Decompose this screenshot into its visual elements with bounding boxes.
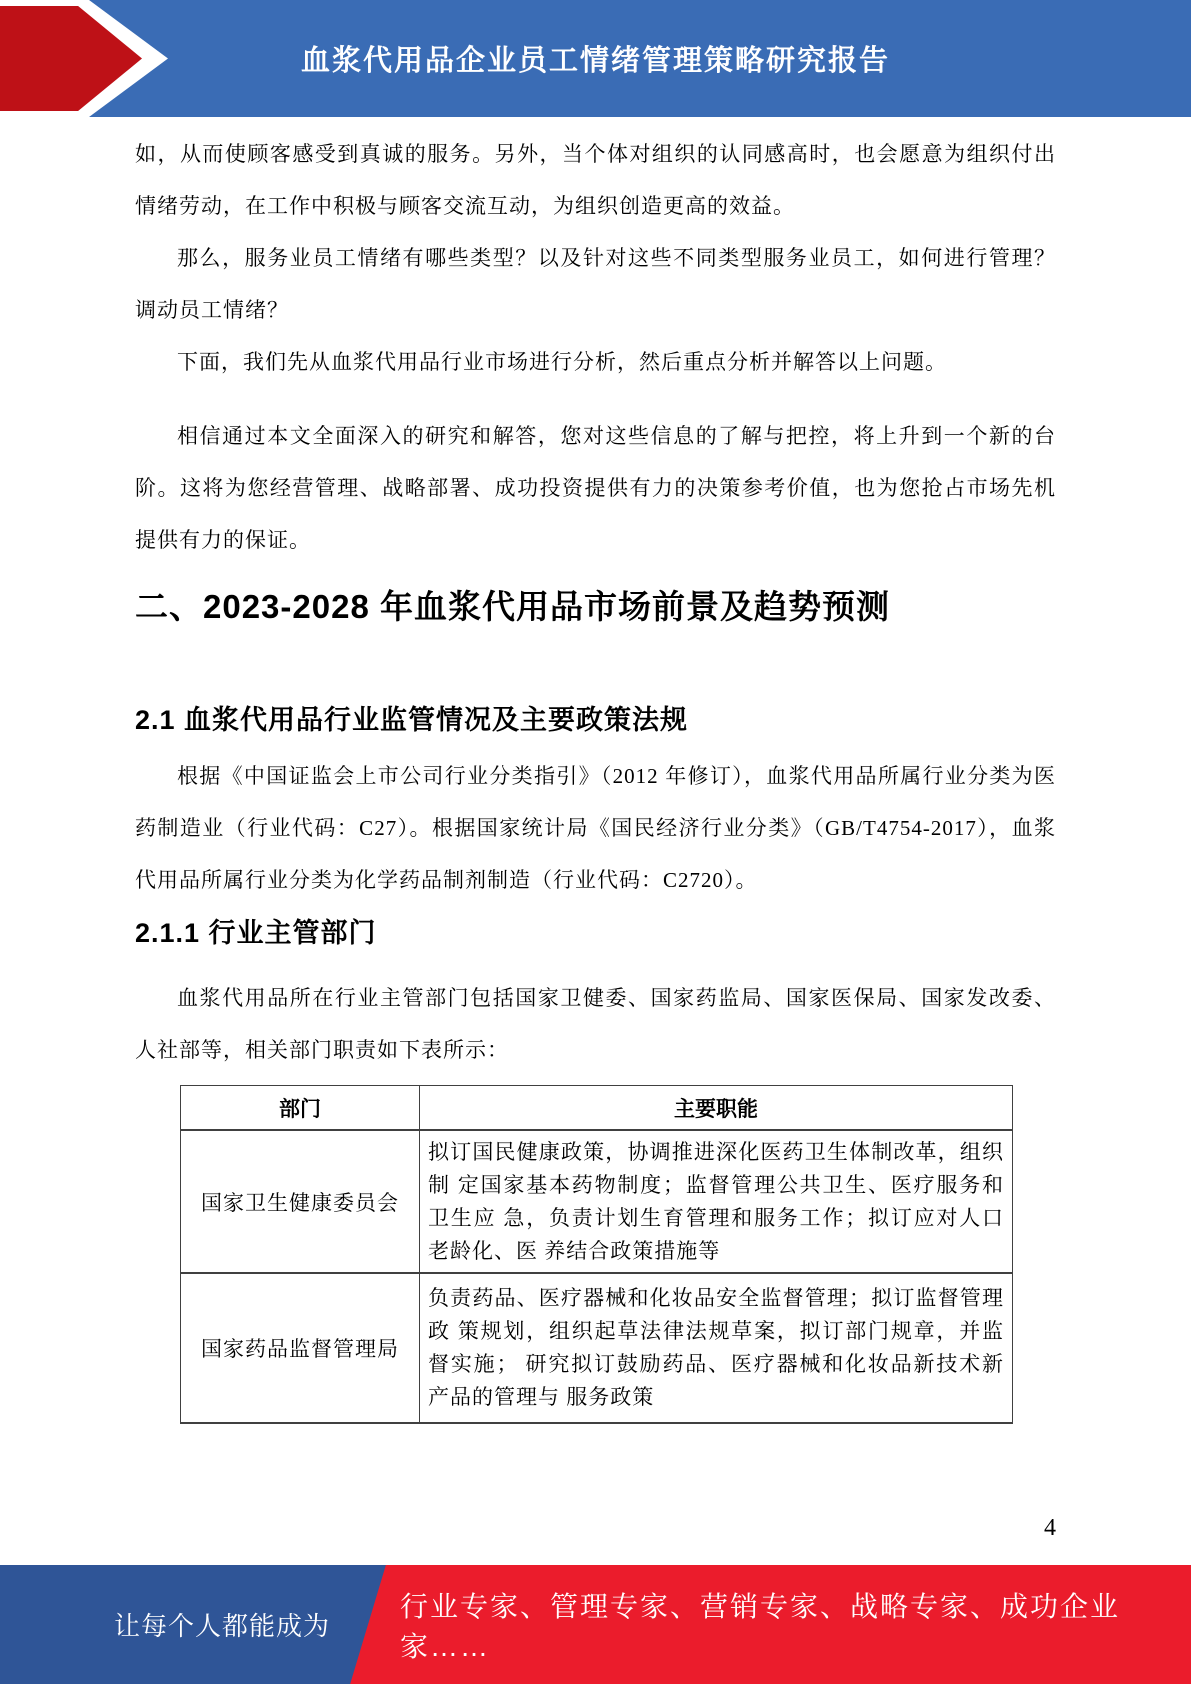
report-title: 血浆代用品企业员工情绪管理策略研究报告 [0, 0, 1191, 117]
footer-banner: 让每个人都能成为 行业专家、管理专家、营销专家、战略专家、成功企业家…… [0, 1565, 1191, 1684]
header-banner: 血浆代用品企业员工情绪管理策略研究报告 [0, 0, 1191, 117]
page-number: 4 [1020, 1515, 1080, 1542]
paragraph: 下面，我们先从血浆代用品行业市场进行分析，然后重点分析并解答以上问题。 [135, 336, 1056, 388]
column-header-dept: 部门 [181, 1086, 420, 1131]
paragraph: 如，从而使顾客感受到真诚的服务。另外，当个体对组织的认同感高时，也会愿意为组织付… [135, 128, 1056, 232]
table-row: 国家药品监督管理局 负责药品、医疗器械和化妆品安全监督管理；拟订监督管理政 策规… [181, 1273, 1013, 1423]
paragraph: 相信通过本文全面深入的研究和解答，您对这些信息的了解与把控，将上升到一个新的台阶… [135, 410, 1056, 566]
department-duties-table: 部门 主要职能 国家卫生健康委员会 拟订国民健康政策，协调推进深化医药卫生体制改… [180, 1085, 1013, 1424]
dept-cell: 国家药品监督管理局 [181, 1273, 420, 1423]
subsection-heading: 2.1 血浆代用品行业监管情况及主要政策法规 [135, 701, 1056, 739]
table-row: 国家卫生健康委员会 拟订国民健康政策，协调推进深化医药卫生体制改革，组织制 定国… [181, 1130, 1013, 1273]
subsubsection-heading: 2.1.1 行业主管部门 [135, 914, 1056, 952]
section-heading: 二、2023-2028 年血浆代用品市场前景及趋势预测 [135, 585, 1056, 629]
report-page: 血浆代用品企业员工情绪管理策略研究报告 如，从而使顾客感受到真诚的服务。另外，当… [0, 0, 1191, 1684]
document-body: 如，从而使顾客感受到真诚的服务。另外，当个体对组织的认同感高时，也会愿意为组织付… [135, 117, 1056, 1424]
paragraph: 那么，服务业员工情绪有哪些类型？以及针对这些不同类型服务业员工，如何进行管理？调… [135, 232, 1056, 336]
paragraph: 根据《中国证监会上市公司行业分类指引》（2012 年修订），血浆代用品所属行业分… [135, 750, 1056, 906]
paragraph: 血浆代用品所在行业主管部门包括国家卫健委、国家药监局、国家医保局、国家发改委、人… [135, 972, 1056, 1076]
footer-slogan-left: 让每个人都能成为 [0, 1565, 330, 1684]
table-header-row: 部门 主要职能 [181, 1086, 1013, 1131]
dept-cell: 国家卫生健康委员会 [181, 1130, 420, 1273]
duties-cell: 拟订国民健康政策，协调推进深化医药卫生体制改革，组织制 定国家基本药物制度；监督… [420, 1130, 1013, 1273]
duties-cell: 负责药品、医疗器械和化妆品安全监督管理；拟订监督管理政 策规划，组织起草法律法规… [420, 1273, 1013, 1423]
column-header-duties: 主要职能 [420, 1086, 1013, 1131]
footer-slogan-right: 行业专家、管理专家、营销专家、战略专家、成功企业家…… [400, 1565, 1191, 1684]
